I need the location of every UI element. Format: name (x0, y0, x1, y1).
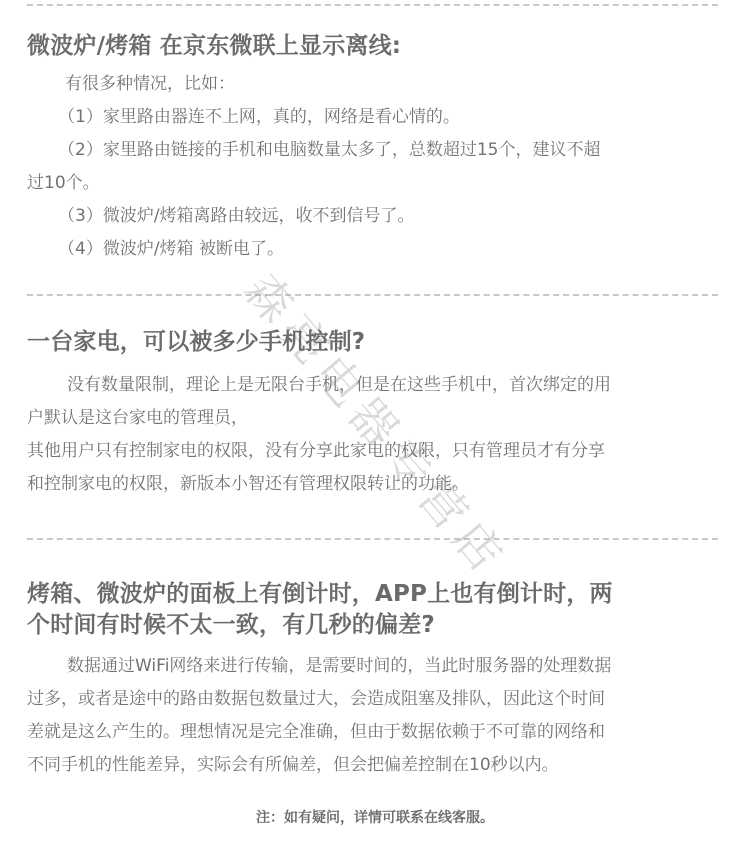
section-divider-2 (27, 294, 718, 296)
phone-limit-line-4: 和控制家电的权限，新版本小智还有管理权限转让的功能。 (27, 468, 717, 501)
phone-limit-line-3: 其他用户只有控制家电的权限，没有分享此家电的权限，只有管理员才有分享 (27, 435, 717, 468)
offline-reason-4: （4）微波炉/烤箱 被断电了。 (27, 233, 717, 266)
timer-heading-line-2: 个时间有时候不太一致，有几秒的偏差? (27, 610, 727, 641)
offline-reason-2-cont: 过10个。 (27, 167, 717, 200)
offline-intro: 有很多种情况，比如： (27, 68, 717, 101)
timer-answer-line-4: 不同手机的性能差异，实际会有所偏差，但会把偏差控制在10秒以内。 (27, 749, 717, 782)
section-heading-phone-limit: 一台家电，可以被多少手机控制? (27, 327, 727, 357)
offline-reasons: 有很多种情况，比如： （1）家里路由器连不上网，真的，网络是看心情的。 （2）家… (27, 68, 717, 266)
phone-limit-line-2: 户默认是这台家电的管理员， (27, 402, 717, 435)
timer-answer-line-3: 差就是这么产生的。理想情况是完全准确，但由于数据依赖于不可靠的网络和 (27, 716, 717, 749)
section-heading-timer-offset: 烤箱、微波炉的面板上有倒计时，APP上也有倒计时，两 个时间有时候不太一致，有几… (27, 579, 727, 641)
timer-heading-line-1: 烤箱、微波炉的面板上有倒计时，APP上也有倒计时，两 (27, 579, 727, 610)
timer-offset-answer: 数据通过WiFi网络来进行传输，是需要时间的，当此时服务器的处理数据 过多，或者… (27, 650, 717, 782)
timer-answer-line-2: 过多，或者是途中的路由数据包数量过大，会造成阻塞及排队，因此这个时间 (27, 683, 717, 716)
phone-limit-line-1: 没有数量限制，理论上是无限台手机，但是在这些手机中，首次绑定的用 (27, 369, 717, 402)
offline-reason-1: （1）家里路由器连不上网，真的，网络是看心情的。 (27, 101, 717, 134)
offline-reason-3: （3）微波炉/烤箱离路由较远，收不到信号了。 (27, 200, 717, 233)
section-divider-3 (27, 538, 718, 540)
phone-limit-answer: 没有数量限制，理论上是无限台手机，但是在这些手机中，首次绑定的用 户默认是这台家… (27, 369, 717, 501)
timer-answer-line-1: 数据通过WiFi网络来进行传输，是需要时间的，当此时服务器的处理数据 (27, 650, 717, 683)
footer-note: 注：如有疑问，详情可联系在线客服。 (0, 806, 750, 830)
section-heading-offline: 微波炉/烤箱 在京东微联上显示离线: (27, 31, 727, 61)
section-divider-top (27, 4, 718, 6)
offline-reason-2: （2）家里路由链接的手机和电脑数量太多了，总数超过15个，建议不超 (27, 134, 717, 167)
